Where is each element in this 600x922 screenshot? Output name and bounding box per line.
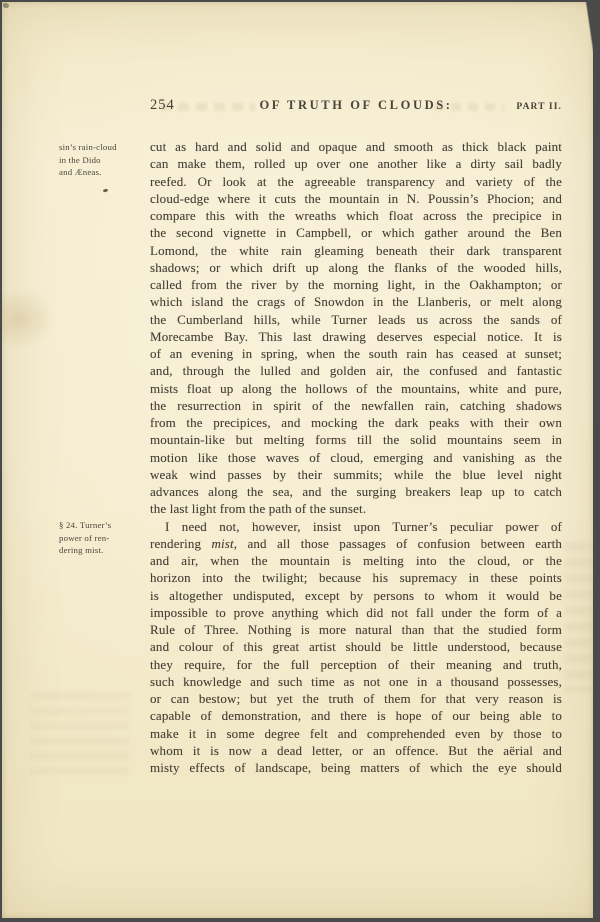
text-segment: whom it is now a dead letter, or an offe… (150, 743, 562, 758)
text-segment: weak wind passes by their summits; while… (150, 467, 562, 482)
text-segment: advances along the sea, and the surging … (150, 484, 562, 499)
margin-note-line: power of ren- (59, 532, 147, 545)
part-label: PART II. (516, 102, 562, 112)
text-segment: mists float up along the hollows of the … (150, 381, 562, 396)
italic-text: mist (211, 536, 233, 551)
text-line: from the precipices, and mocking the dar… (150, 414, 562, 431)
corner-speck (3, 3, 9, 8)
text-line: which island the crags of Snowdon in the… (150, 293, 562, 310)
text-segment: rendering (150, 536, 211, 551)
paper-stain (2, 288, 56, 350)
text-line: the last light from the path of the suns… (150, 500, 562, 517)
ink-speck (103, 188, 109, 192)
text-line: cloud-edge where it cuts the mountain in… (150, 190, 562, 207)
text-line: capable of demonstration, and there is h… (150, 707, 562, 724)
text-line: Morecambe Bay. This last drawing deserve… (150, 328, 562, 345)
text-line: reefed. Or look at the agreeable transpa… (150, 173, 562, 190)
text-line: compare this with the wreaths which floa… (150, 207, 562, 224)
text-line: mists float up along the hollows of the … (150, 380, 562, 397)
body-column: cut as hard and solid and opaque and smo… (150, 138, 562, 776)
text-line: can make them, rolled up over one anothe… (150, 155, 562, 172)
text-line: of an evening in spring, when the south … (150, 345, 562, 362)
text-segment: which island the crags of Snowdon in the… (150, 294, 562, 309)
text-line: mountain-like but melting forms till the… (150, 431, 562, 448)
text-line: the Cumberland hills, while Turner leads… (150, 311, 562, 328)
text-line: impossible to prove anything which did n… (150, 604, 562, 621)
margin-note-line: § 24. Turner’s (59, 519, 147, 532)
text-segment: from the precipices, and mocking the dar… (150, 415, 562, 430)
text-segment: capable of demonstration, and there is h… (150, 708, 562, 723)
paragraph: cut as hard and solid and opaque and smo… (150, 138, 562, 518)
text-line: weak wind passes by their summits; while… (150, 466, 562, 483)
text-line: the second vignette in Campbell, or whic… (150, 224, 562, 241)
text-segment: cut as hard and solid and opaque and smo… (150, 139, 562, 154)
margin-note-rain-cloud: sin’s rain-cloudin the Didoand Æneas. (59, 141, 147, 179)
text-line: rendering mist, and all those passages o… (150, 535, 562, 552)
text-segment: Lomond, the white rain gleaming beneath … (150, 243, 562, 258)
text-segment: shadows; or which drift up along the fla… (150, 260, 562, 275)
text-segment: and colour of this great artist should b… (150, 639, 562, 654)
text-segment: and, through the lulled and golden air, … (150, 363, 562, 378)
margin-note-section-24: § 24. Turner’spower of ren-dering mist. (59, 519, 147, 557)
scanned-book-page: 254 OF TRUTH OF CLOUDS: PART II. sin’s r… (0, 0, 600, 922)
text-segment: of an evening in spring, when the south … (150, 346, 562, 361)
text-line: advances along the sea, and the surging … (150, 483, 562, 500)
text-segment: Morecambe Bay. This last drawing deserve… (150, 329, 562, 344)
text-segment: the second vignette in Campbell, or whic… (150, 225, 562, 240)
paragraph: I need not, however, insist upon Turner’… (150, 518, 562, 777)
text-segment: , and all those passages of confusion be… (234, 536, 562, 551)
text-line: they require, for the full perception of… (150, 656, 562, 673)
text-segment: Rule of Three. Nothing is more natural t… (150, 622, 562, 637)
text-line: Lomond, the white rain gleaming beneath … (150, 242, 562, 259)
text-line: horizon into the twilight; because his s… (150, 569, 562, 586)
text-segment: can make them, rolled up over one anothe… (150, 156, 562, 171)
text-line: such knowledge and such time as not one … (150, 673, 562, 690)
text-line: is altogether undisputed, except by pers… (150, 587, 562, 604)
page-number: 254 (150, 97, 175, 114)
text-segment: the last light from the path of the suns… (150, 501, 366, 516)
text-segment: the Cumberland hills, while Turner leads… (150, 312, 562, 327)
text-segment: cloud-edge where it cuts the mountain in… (150, 191, 562, 206)
show-through-smudge (30, 692, 130, 777)
text-line: Rule of Three. Nothing is more natural t… (150, 621, 562, 638)
text-line: and, through the lulled and golden air, … (150, 362, 562, 379)
text-line: whom it is now a dead letter, or an offe… (150, 742, 562, 759)
text-segment: motion like those waves of cloud, emergi… (150, 450, 562, 465)
text-segment: I need not, however, insist upon Turner’… (165, 519, 562, 534)
margin-note-line: sin’s rain-cloud (59, 141, 147, 154)
text-segment: or can bestow; but yet the truth of them… (150, 691, 562, 706)
text-segment: impossible to prove anything which did n… (150, 605, 562, 620)
text-segment: horizon into the twilight; because his s… (150, 570, 562, 585)
text-line: and air, when the mountain is melting in… (150, 552, 562, 569)
margin-note-line: and Æneas. (59, 166, 147, 179)
text-segment: is altogether undisputed, except by pers… (150, 588, 562, 603)
text-segment: misty effects of landscape, being matter… (150, 760, 562, 775)
running-header: 254 OF TRUTH OF CLOUDS: PART II. (150, 97, 562, 114)
text-line: motion like those waves of cloud, emergi… (150, 449, 562, 466)
margin-note-line: dering mist. (59, 544, 147, 557)
text-line: misty effects of landscape, being matter… (150, 759, 562, 776)
text-line: shadows; or which drift up along the fla… (150, 259, 562, 276)
text-line: cut as hard and solid and opaque and smo… (150, 138, 562, 155)
text-line: and colour of this great artist should b… (150, 638, 562, 655)
text-segment: make it in some degree felt and comprehe… (150, 726, 562, 741)
text-segment: reefed. Or look at the agreeable transpa… (150, 174, 562, 189)
text-line: or can bestow; but yet the truth of them… (150, 690, 562, 707)
running-title: OF TRUTH OF CLOUDS: (259, 98, 452, 113)
text-segment: the resurrection in spirit of the newfal… (150, 398, 562, 413)
text-segment: compare this with the wreaths which floa… (150, 208, 562, 223)
text-segment: called from the river by the morning lig… (150, 277, 562, 292)
text-segment: mountain-like but melting forms till the… (150, 432, 562, 447)
text-line: called from the river by the morning lig… (150, 276, 562, 293)
page-paper: 254 OF TRUTH OF CLOUDS: PART II. sin’s r… (2, 2, 593, 918)
text-line: make it in some degree felt and comprehe… (150, 725, 562, 742)
text-segment: they require, for the full perception of… (150, 657, 562, 672)
margin-note-line: in the Dido (59, 154, 147, 167)
text-line: the resurrection in spirit of the newfal… (150, 397, 562, 414)
text-segment: and air, when the mountain is melting in… (150, 553, 562, 568)
show-through-smudge (565, 542, 591, 692)
text-line: I need not, however, insist upon Turner’… (150, 518, 562, 535)
text-segment: such knowledge and such time as not one … (150, 674, 562, 689)
